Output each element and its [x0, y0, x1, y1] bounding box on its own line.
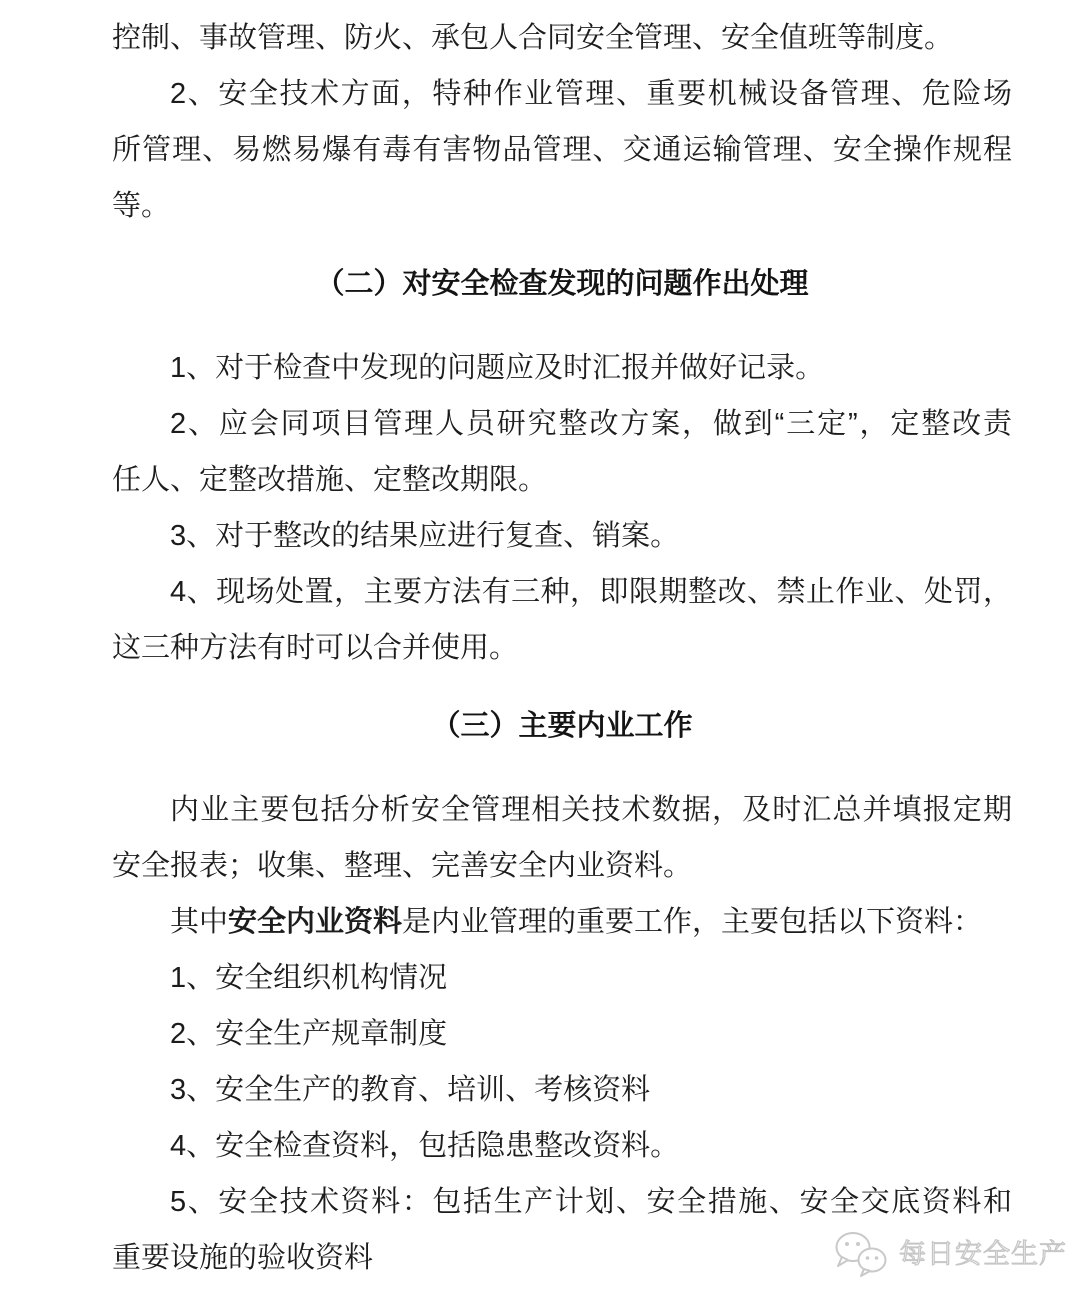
- list-item: 4、安全检查资料，包括隐患整改资料。: [112, 1118, 1012, 1174]
- list-item: 4、现场处置，主要方法有三种，即限期整改、禁止作业、处罚，: [112, 564, 1012, 620]
- article-body: 控制、事故管理、防火、承包人合同安全管理、安全值班等制度。 2、安全技术方面，特…: [0, 0, 1080, 1286]
- text-segment: 其中: [170, 906, 228, 938]
- text-line: 控制、事故管理、防火、承包人合同安全管理、安全值班等制度。: [112, 10, 1012, 66]
- text-line: 等。: [112, 178, 1012, 234]
- document-page: 控制、事故管理、防火、承包人合同安全管理、安全值班等制度。 2、安全技术方面，特…: [0, 0, 1080, 1301]
- list-item: 3、对于整改的结果应进行复查、销案。: [112, 508, 1012, 564]
- text-line: 安全报表；收集、整理、完善安全内业资料。: [112, 838, 1012, 894]
- text-segment: 是内业管理的重要工作，主要包括以下资料：: [402, 906, 982, 938]
- list-item: 5、安全技术资料：包括生产计划、安全措施、安全交底资料和: [112, 1174, 1012, 1230]
- section-heading-2: （二）对安全检查发现的问题作出处理: [112, 256, 1012, 312]
- text-line: 内业主要包括分析安全管理相关技术数据，及时汇总并填报定期: [112, 782, 1012, 838]
- wechat-icon: [830, 1230, 892, 1278]
- text-line: 2、安全技术方面，特种作业管理、重要机械设备管理、危险场: [112, 66, 1012, 122]
- list-item: 1、对于检查中发现的问题应及时汇报并做好记录。: [112, 340, 1012, 396]
- list-item: 2、安全生产规章制度: [112, 1006, 1012, 1062]
- text-line: 任人、定整改措施、定整改期限。: [112, 452, 1012, 508]
- section-heading-3: （三）主要内业工作: [112, 698, 1012, 754]
- watermark: 每日安全生产: [830, 1230, 1067, 1278]
- list-item: 1、安全组织机构情况: [112, 950, 1012, 1006]
- text-line: 这三种方法有时可以合并使用。: [112, 620, 1012, 676]
- list-item: 3、安全生产的教育、培训、考核资料: [112, 1062, 1012, 1118]
- list-item: 2、应会同项目管理人员研究整改方案，做到“三定”，定整改责: [112, 396, 1012, 452]
- text-line-with-bold: 其中安全内业资料是内业管理的重要工作，主要包括以下资料：: [112, 894, 1012, 950]
- watermark-label: 每日安全生产: [899, 1230, 1067, 1278]
- bold-text-segment: 安全内业资料: [228, 906, 402, 938]
- text-line: 所管理、易燃易爆有毒有害物品管理、交通运输管理、安全操作规程: [112, 122, 1012, 178]
